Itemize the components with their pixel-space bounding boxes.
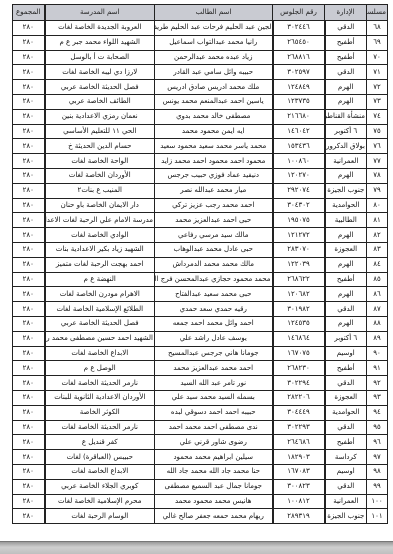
cell-student: مالك محمد محمد الدمرداش [155,257,273,272]
window-bottom-bar [0,541,393,554]
cell-serial: ٦٨ [367,21,388,36]
cell-school: كفر قنديل ع [45,435,155,450]
cell-seat: ٢٦٤٦٨٦ [273,435,325,450]
table-row: ٨٨الهرم١٢٤٥٣٥احمد وائل محمد احمد جمعهفصل… [13,316,388,331]
cell-admin: الهرم [325,316,367,331]
cell-student: حبى عادل محمد عبدالوهاب [155,242,273,257]
cell-seat: ٢٦٥٤٥٠ [273,35,325,50]
cell-school: نعمان رمزي الاعدادية بنين [45,109,155,124]
table-row: ٨٤الهرم١٢٢٠٣٩مالك محمد محمد الدمرداشاحمد… [13,257,388,272]
cell-total: ٢٨٠ [13,302,45,317]
header-total: المجموع [13,5,45,21]
cell-serial: ١٠١ [367,509,388,524]
table-row: ٧١الدقي٣٠٢٥٩٧حبيبه وائل سامي عبد القادرل… [13,65,388,80]
cell-seat: ١٢٠٦٨٢ [273,287,325,302]
cell-student: ملك محمد ادريس صادق ادريس [155,80,273,95]
cell-school: حبيبس (العباقرة) لغات [45,450,155,465]
cell-serial: ٨٨ [367,316,388,331]
cell-school: مدرسة الامام علي الرحبة لغات الاعدادية [45,213,155,228]
table-row: ٧٦بولاق الدكرور١٥٣٤٣٦محمد ياسر محمد سعيد… [13,139,388,154]
cell-admin: أطفيح [325,361,367,376]
table-row: ٧٥٦ أكتوبر١٤٦٠٤٢ايه ايمن محمود محمدالحي … [13,124,388,139]
cell-seat: ١٢٤٥٣٥ [273,316,325,331]
cell-seat: ٣٠٤٣٠٢ [273,198,325,213]
table-row: ٦٨الدقي٣٠٢٤٤٦لجين عبد الحليم فرحات عبد ا… [13,21,388,36]
cell-student: مصطفى خالد محمد بدوي [155,109,273,124]
cell-total: ٢٨٠ [13,213,45,228]
cell-student: حبيبه وائل سامي عبد القادر [155,65,273,80]
cell-serial: ٧١ [367,65,388,80]
cell-total: ٢٨٠ [13,228,45,243]
cell-admin: الدقي [325,479,367,494]
cell-serial: ٦٩ [367,35,388,50]
cell-serial: ٨١ [367,213,388,228]
cell-school: الواحة الخاصة لغات [45,154,155,169]
cell-school: الأوردان الخاصة لغات [45,168,155,183]
cell-seat: ١٥٣٤٣٦ [273,139,325,154]
cell-seat: ٣٠٢٢٩٣ [273,420,325,435]
table-row: ٧٣الهرم١٢٣٧٣٥ياسين احمد عبدالمنعم محمد ي… [13,94,388,109]
cell-serial: ١٠٠ [367,494,388,509]
cell-school: الشهيد زياد بكير الاعدادية بنات [45,242,155,257]
cell-admin: الهرم [325,287,367,302]
cell-seat: ٢٦٨٨١٦ [273,50,325,65]
cell-serial: ٧٥ [367,124,388,139]
cell-serial: ٩٠ [367,346,388,361]
cell-seat: ٢٨٩٣١٩ [273,509,325,524]
cell-serial: ٧٠ [367,50,388,65]
cell-serial: ٧٨ [367,168,388,183]
cell-serial: ٩٨ [367,464,388,479]
cell-student: حنا محمد جاد الله محمد جاد الله [155,464,273,479]
cell-school: الكوثر الخاصة [45,405,155,420]
cell-admin: اوسيم [325,464,367,479]
table-row: ٨٢الهرم١٢١٢٧٢مالك سيد مرسي رفاعيالوادي ا… [13,228,388,243]
cell-total: ٢٨٠ [13,479,45,494]
table-row: ٧٨الهرم١٢٠٢٧٠دنيفيد عماد فوزي حبيب جرجسا… [13,168,388,183]
cell-school: دار الايمان الخاصة باو حنان [45,198,155,213]
cell-student: حبى احمد عبدالعزيز محمد [155,213,273,228]
results-table: مسلسل الإدارة رقم الجلوس اسم الطالب اسم … [12,4,388,524]
cell-total: ٢٨٠ [13,287,45,302]
cell-serial: ٧٦ [367,139,388,154]
cell-admin: الدقي [325,420,367,435]
table-row: ٨٥أطفيح٢٦٨٦٢٢محمد محمود حجازي عبدالمحسن … [13,272,388,287]
cell-student: زياد عبده محمد عبدالرحمن [155,50,273,65]
cell-total: ٢٨٠ [13,464,45,479]
cell-total: ٢٨٠ [13,198,45,213]
cell-student: جومانا هاني جرجس عبدالمسيح [155,346,273,361]
header-school: اسم المدرسة [45,5,155,21]
cell-student: نور تامر عبد الله السيد [155,376,273,391]
cell-admin: العمرانية [325,154,367,169]
table-header-row: مسلسل الإدارة رقم الجلوس اسم الطالب اسم … [13,5,388,21]
cell-total: ٢٨٠ [13,257,45,272]
cell-serial: ٩١ [367,361,388,376]
cell-admin: الدقي [325,302,367,317]
cell-seat: ٢٦٨٦٢٢ [273,272,325,287]
cell-seat: ٢٩٢٠٧٤ [273,183,325,198]
cell-seat: ٣٠١٩٨٢ [273,302,325,317]
table-row: ٨٧الدقي٣٠١٩٨٢رقيه حمدي سعد حمديالطلائع ا… [13,302,388,317]
table-row: ٩٤الحوامدية٣٠٤٤٤٩حبيبه احمد احمد دسوقي ل… [13,405,388,420]
cell-school: الوسام الرحبة لغات [45,509,155,524]
cell-student: ندى مصطفى احمد محمد احمد [155,420,273,435]
table-row: ٩٥الدقي٣٠٢٢٩٣ندى مصطفى احمد محمد احمدنار… [13,420,388,435]
cell-school: المنيب ع بنات٢ [45,183,155,198]
cell-total: ٢٨٠ [13,94,45,109]
table-row: ٨٣العجوزة٢٨٣٠٧٠حبى عادل محمد عبدالوهابال… [13,242,388,257]
table-row: ٧٤منشأة القناطر٢١٦٦٨٠مصطفى خالد محمد بدو… [13,109,388,124]
cell-total: ٢٨٠ [13,405,45,420]
cell-admin: الدقي [325,65,367,80]
cell-admin: العجوزة [325,390,367,405]
cell-seat: ٣٠٢٤٤٦ [273,21,325,36]
cell-serial: ٨٥ [367,272,388,287]
cell-admin: الهرم [325,257,367,272]
cell-admin: أطفيح [325,50,367,65]
cell-total: ٢٨٠ [13,35,45,50]
cell-school: الابداع الخاصة لغات [45,346,155,361]
cell-total: ٢٨٠ [13,109,45,124]
cell-serial: ٨٠ [367,198,388,213]
cell-serial: ٩٩ [367,479,388,494]
cell-seat: ٣٠٢٥٩٧ [273,65,325,80]
cell-school: الأوردان الاعدادية الثانوية للبنات [45,390,155,405]
cell-student: ايه ايمن محمود محمد [155,124,273,139]
table-row: ٧٧العمرانية١٠٠٨٦٠محمود احمد محمود احمد م… [13,154,388,169]
cell-seat: ١٠٠٨١٢ [273,494,325,509]
cell-school: الاهرام مودرن الخاصة لغات [45,287,155,302]
cell-school: نارمر الحديثة الخاصة لغات [45,376,155,391]
cell-total: ٢٨٠ [13,450,45,465]
cell-total: ٢٨٠ [13,331,45,346]
cell-total: ٢٨٠ [13,376,45,391]
cell-total: ٢٨٠ [13,139,45,154]
cell-serial: ٩٢ [367,376,388,391]
cell-student: يوسف عادل راشد علي [155,331,273,346]
cell-school: الحي ١١ للتعليم الأساسي [45,124,155,139]
cell-total: ٢٨٠ [13,80,45,95]
cell-serial: ٨٢ [367,228,388,243]
table-row: ٩٧كرداسة١٨٢٩٠٣سيلين ابراهيم محمد محمودحب… [13,450,388,465]
cell-school: حسام الدين الحديثة خ [45,139,155,154]
cell-student: احمد محمد عبدالعزيز محمد [155,361,273,376]
cell-admin: جنوب الجيزة [325,509,367,524]
cell-serial: ٧٣ [367,94,388,109]
cell-serial: ٧٩ [367,183,388,198]
cell-admin: الطالبية [325,213,367,228]
cell-admin: أطفيح [325,35,367,50]
cell-admin: أطفيح [325,435,367,450]
cell-admin: اوسيم [325,346,367,361]
cell-student: ريهام محمد حمعه جعفر صالح غالي [155,509,273,524]
cell-serial: ٩٤ [367,405,388,420]
cell-admin: الهرم [325,94,367,109]
cell-seat: ١٢٢٠٣٩ [273,257,325,272]
cell-student: سيلين ابراهيم محمد محمود [155,450,273,465]
cell-total: ٢٨٠ [13,316,45,331]
table-row: ٧٢الهرم١٢٤٨٤٩ملك محمد ادريس صادق ادريسفص… [13,80,388,95]
cell-admin: الحوامدية [325,405,367,420]
cell-serial: ٨٤ [367,257,388,272]
cell-serial: ٨٣ [367,242,388,257]
cell-school: فصل الحديثة الخاصة عربي [45,316,155,331]
cell-school: فصل الحديثة الخاصة عربي [45,80,155,95]
cell-school: الشهيد اللواء محمد جبر ع م [45,35,155,50]
cell-admin: الهرم [325,228,367,243]
cell-serial: ٩٥ [367,420,388,435]
table-row: ٩٠اوسيم١٦٧٠٧٥جومانا هاني جرجس عبدالمسيحا… [13,346,388,361]
cell-school: نارمر الحديثة الخاصة لغات [45,420,155,435]
cell-total: ٢٨٠ [13,272,45,287]
table-row: ٩٨اوسيم١٦٧٠٨٣حنا محمد جاد الله محمد جاد … [13,464,388,479]
cell-school: النهضة ع م [45,272,155,287]
cell-student: دنيفيد عماد فوزي حبيب جرجس [155,168,273,183]
cell-student: محمد ياسر محمد سعيد محمود سعيد [155,139,273,154]
table-row: ٩٣العجوزة٢٨٢٢٠٦بسمله السيد محمد سيد عليا… [13,390,388,405]
table-row: ٩٢الدقي٣٠٢٢٩٤نور تامر عبد الله السيدنارم… [13,376,388,391]
cell-serial: ٧٢ [367,80,388,95]
cell-student: محمد محمود حجازي عبدالمحسن فرج الله [155,272,273,287]
cell-student: ياسين احمد عبدالمنعم محمد يونس [155,94,273,109]
cell-seat: ٢٨٢٢٠٦ [273,390,325,405]
cell-seat: ١٦٧٠٧٥ [273,346,325,361]
cell-admin: الحوامدية [325,198,367,213]
cell-admin: العجوزة [325,242,367,257]
cell-total: ٢٨٠ [13,390,45,405]
cell-seat: ١٤٦٨٦٤ [273,331,325,346]
cell-school: لارزا دي ليبه الخاصة لغات [45,65,155,80]
cell-student: حبيبه احمد احمد دسوقي لبده [155,405,273,420]
cell-total: ٢٨٠ [13,21,45,36]
table-row: ١٠٠العمرانية١٠٠٨١٢هانيس محمد محمود محمدم… [13,494,388,509]
cell-serial: ٨٧ [367,302,388,317]
table-body: ٦٨الدقي٣٠٢٤٤٦لجين عبد الحليم فرحات عبد ا… [13,21,388,524]
cell-admin: بولاق الدكرور [325,139,367,154]
cell-student: رقيه حمدي سعد حمدي [155,302,273,317]
cell-seat: ١٠٠٨٦٠ [273,154,325,169]
cell-student: مالك سيد مرسي رفاعي [155,228,273,243]
cell-student: حبى محمد سعيد عبدالفتاح [155,287,273,302]
cell-school: الابداع الخاصة لغات [45,464,155,479]
header-student: اسم الطالب [155,5,273,21]
cell-seat: ٣٠٢٢٩٤ [273,376,325,391]
cell-total: ٢٨٠ [13,50,45,65]
cell-total: ٢٨٠ [13,65,45,80]
cell-student: احمد محمد رجب عزيز تركي [155,198,273,213]
cell-school: كوبري الجلاء الخاصة عربي [45,479,155,494]
cell-student: رضوى شاور قرني علي [155,435,273,450]
header-serial: مسلسل [367,5,388,21]
cell-total: ٢٨٠ [13,183,45,198]
cell-school: الطائف الخاصة عربي [45,94,155,109]
cell-admin: الدقي [325,21,367,36]
cell-total: ٢٨٠ [13,346,45,361]
table-row: ٦٩أطفيح٢٦٥٤٥٠رانيا محمد عبدالتواب اسماعي… [13,35,388,50]
header-admin: الإدارة [325,5,367,21]
cell-student: هانيس محمد محمود محمد [155,494,273,509]
table-row: ٧٠أطفيح٢٦٨٨١٦زياد عبده محمد عبدالرحمنالص… [13,50,388,65]
cell-admin: جنوب الجيزة [325,183,367,198]
cell-serial: ٧٧ [367,154,388,169]
spreadsheet-page: مسلسل الإدارة رقم الجلوس اسم الطالب اسم … [0,0,393,530]
cell-serial: ٨٩ [367,331,388,346]
table-row: ١٠١جنوب الجيزة٢٨٩٣١٩ريهام محمد حمعه جعفر… [13,509,388,524]
cell-total: ٢٨٠ [13,154,45,169]
cell-school: احمد بهجت الرحبة لغات متميز [45,257,155,272]
header-seat: رقم الجلوس [273,5,325,21]
cell-seat: ١٦٧٠٨٣ [273,464,325,479]
cell-serial: ٨٦ [367,287,388,302]
cell-admin: الدقي [325,376,367,391]
cell-admin: ٦ أكتوبر [325,331,367,346]
cell-student: بسمله السيد محمد سيد علي [155,390,273,405]
cell-total: ٢٨٠ [13,435,45,450]
cell-school: الشهيد احمد حسين مصطفى محمد رضوان [45,331,155,346]
cell-admin: منشأة القناطر [325,109,367,124]
table-row: ٧٩جنوب الجيزة٢٩٢٠٧٤ميار محمد عبدالله نصر… [13,183,388,198]
cell-seat: ٢٦٨٢٣٠ [273,361,325,376]
cell-seat: ١٨٢٩٠٣ [273,450,325,465]
cell-admin: كرداسة [325,450,367,465]
cell-student: لجين عبد الحليم فرحات عبد الحليم طريف [155,21,273,36]
table-row: ٨٠الحوامدية٣٠٤٣٠٢احمد محمد رجب عزيز تركي… [13,198,388,213]
cell-student: ميار محمد عبدالله نصر [155,183,273,198]
cell-school: العروبة الجديدة الخاصة لغات [45,21,155,36]
cell-seat: ٢٨٣٠٧٠ [273,242,325,257]
table-row: ٨١الطالبية١٩٥٠٧٥حبى احمد عبدالعزيز محمدم… [13,213,388,228]
cell-seat: ٣٠٠٨٢٣ [273,479,325,494]
cell-school: الطلائع الإسلامية الخاصة لغات [45,302,155,317]
cell-total: ٢٨٠ [13,361,45,376]
cell-admin: أطفيح [325,272,367,287]
cell-seat: ١٢٤٨٤٩ [273,80,325,95]
cell-admin: ٦ أكتوبر [325,124,367,139]
table-row: ٩٩الدقي٣٠٠٨٢٣جومانا جمال عبد السميع مصطف… [13,479,388,494]
cell-seat: ١٢٣٧٣٥ [273,94,325,109]
cell-school: الوصل ع م [45,361,155,376]
cell-serial: ٩٧ [367,450,388,465]
cell-serial: ٧٤ [367,109,388,124]
cell-seat: ١٢١٢٧٢ [273,228,325,243]
cell-student: محمود احمد محمود احمد محمد زايد [155,154,273,169]
cell-seat: ١٢٠٢٧٠ [273,168,325,183]
cell-total: ٢٨٠ [13,124,45,139]
cell-student: رانيا محمد عبدالتواب اسماعيل [155,35,273,50]
cell-total: ٢٨٠ [13,168,45,183]
cell-total: ٢٨٠ [13,242,45,257]
table-row: ٨٦الهرم١٢٠٦٨٢حبى محمد سعيد عبدالفتاحالاه… [13,287,388,302]
cell-seat: ١٩٥٠٧٥ [273,213,325,228]
cell-school: محرم الإسلامية الخاصة لغات [45,494,155,509]
table-row: ٩١أطفيح٢٦٨٢٣٠احمد محمد عبدالعزيز محمدالو… [13,361,388,376]
cell-school: الصحابة ت أ بالوسل [45,50,155,65]
cell-student: جومانا جمال عبد السميع مصطفى [155,479,273,494]
cell-admin: الهرم [325,168,367,183]
cell-total: ٢٨٠ [13,494,45,509]
cell-school: الوادي الخاصة لغات [45,228,155,243]
table-row: ٩٦أطفيح٢٦٤٦٨٦رضوى شاور قرني عليكفر قنديل… [13,435,388,450]
cell-seat: ١٤٦٠٤٢ [273,124,325,139]
cell-seat: ٢١٦٦٨٠ [273,109,325,124]
cell-admin: العمرانية [325,494,367,509]
cell-total: ٢٨٠ [13,509,45,524]
cell-serial: ٩٣ [367,390,388,405]
cell-total: ٢٨٠ [13,420,45,435]
cell-admin: الهرم [325,80,367,95]
cell-serial: ٩٦ [367,435,388,450]
cell-seat: ٣٠٤٤٤٩ [273,405,325,420]
table-row: ٨٩٦ أكتوبر١٤٦٨٦٤يوسف عادل راشد عليالشهيد… [13,331,388,346]
cell-student: احمد وائل محمد احمد جمعه [155,316,273,331]
